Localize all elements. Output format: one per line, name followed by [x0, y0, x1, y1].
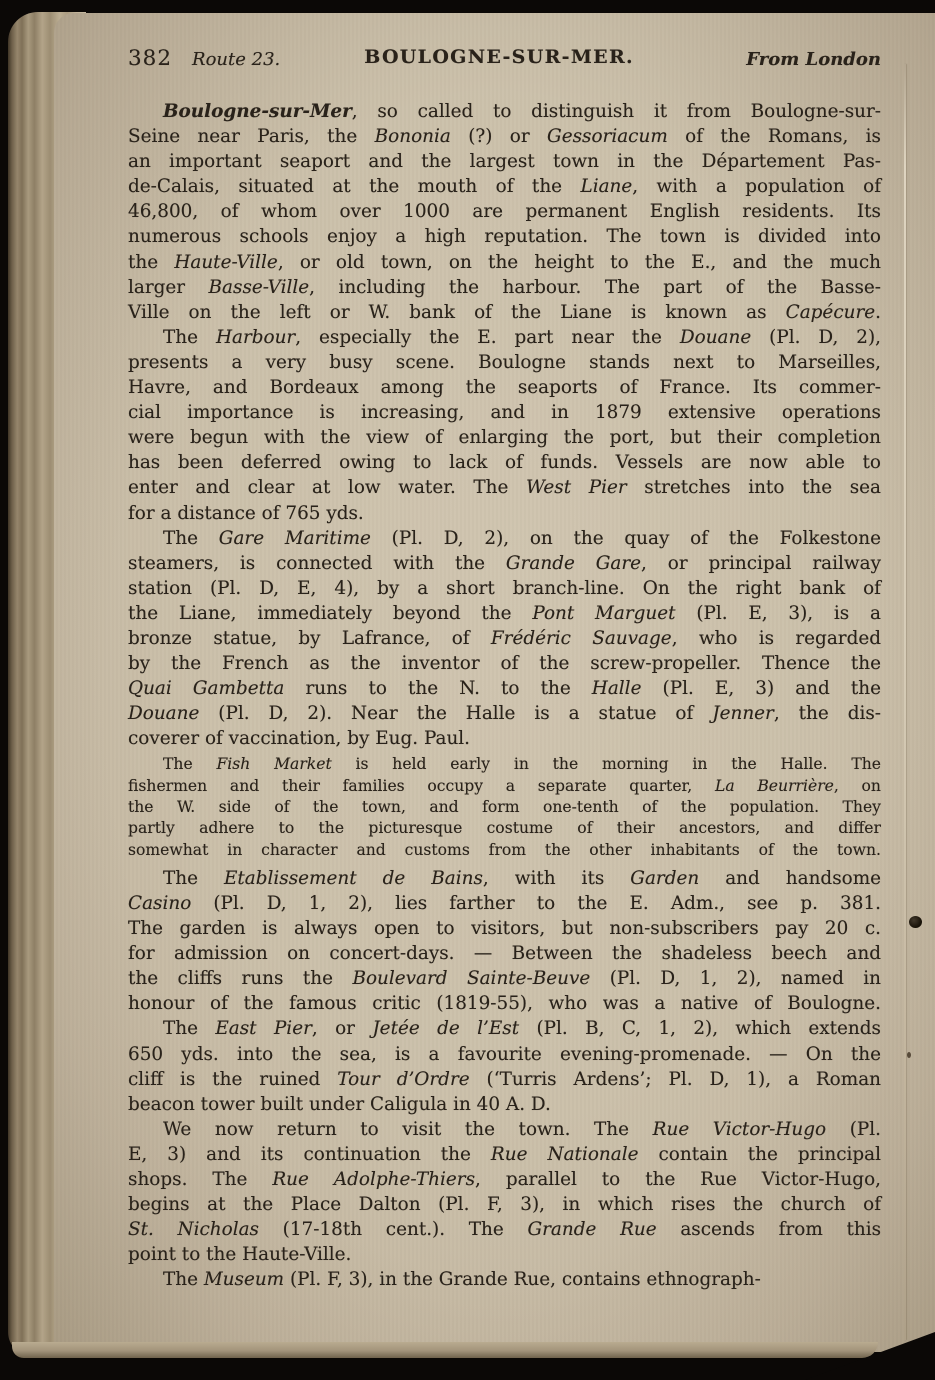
text: the Liane, immediately beyond the — [128, 603, 532, 624]
text: point to the Haute-Ville. — [128, 1244, 351, 1265]
paragraph: The Harbour, especially the E. part near… — [128, 325, 881, 526]
text: begins at the Place Dalton (Pl. F, 3), i… — [128, 1194, 881, 1215]
text: , especially the E. part near the — [295, 327, 680, 348]
text: . — [875, 302, 881, 323]
text: , or — [312, 1018, 372, 1039]
text: , with a population of — [632, 176, 881, 197]
text: ascends from this — [657, 1219, 881, 1240]
text-line: by the French as the inventor of the scr… — [128, 651, 881, 676]
italic-text: Jetée de l’Est — [372, 1018, 519, 1039]
text: 46,800, of whom over 1000 are permanent … — [128, 201, 881, 222]
text: the cliffs runs the — [128, 968, 352, 989]
text: partly adhere to the picturesque costume… — [128, 819, 881, 837]
text-line: the Liane, immediately beyond the Pont M… — [128, 601, 881, 626]
text: of the Romans, is — [668, 126, 881, 147]
text-line: the W. side of the town, and form one-te… — [128, 797, 881, 818]
text: (‘Turris Ardens’; Pl. D, 1), a Roman — [470, 1069, 881, 1090]
text: stretches into the sea — [627, 477, 881, 498]
text: (Pl. B, C, 1, 2), which extends — [519, 1018, 881, 1039]
text: The — [163, 1018, 215, 1039]
text: presents a very busy scene. Boulogne sta… — [128, 352, 881, 373]
text: by the French as the inventor of the scr… — [128, 653, 881, 674]
text: The — [163, 327, 216, 348]
text: for a distance of 765 yds. — [128, 503, 364, 524]
text-line: The garden is always open to visitors, b… — [128, 916, 881, 941]
text-line: fishermen and their families occupy a se… — [128, 776, 881, 797]
italic-text: Harbour — [216, 327, 295, 348]
italic-text: Basse-Ville — [209, 277, 310, 298]
text: the W. side of the town, and form one-te… — [128, 798, 881, 816]
text-line: The Etablissement de Bains, with its Gar… — [128, 866, 881, 891]
italic-text: Gessoriacum — [547, 126, 668, 147]
text: shops. The — [128, 1169, 272, 1190]
italic-text: Capécure — [786, 302, 876, 323]
paragraph: The Museum (Pl. F, 3), in the Grande Rue… — [128, 1267, 881, 1292]
text-line: shops. The Rue Adolphe-Thiers, parallel … — [128, 1167, 881, 1192]
text: , or old town, on the height to the E., … — [278, 252, 881, 273]
text: The garden is always open to visitors, b… — [128, 918, 881, 939]
text: We now return to visit the town. The — [163, 1119, 653, 1140]
text-line: for admission on concert-days. — Between… — [128, 941, 881, 966]
text-line: an important seaport and the largest tow… — [128, 149, 881, 174]
text: numerous schools enjoy a high reputation… — [128, 226, 881, 247]
text: Ville on the left or W. bank of the Lian… — [128, 302, 786, 323]
italic-text: Quai Gambetta — [128, 678, 284, 699]
text: an important seaport and the largest tow… — [128, 151, 881, 172]
page-number: 382 — [128, 46, 172, 71]
scanned-book-photo: { "colors": { "paper": "#cbc0aa", "ink":… — [0, 0, 935, 1380]
text-line: coverer of vaccination, by Eug. Paul. — [128, 726, 881, 751]
text-line: were begun with the view of enlarging th… — [128, 425, 881, 450]
text: cliff is the ruined — [128, 1069, 337, 1090]
text-line: We now return to visit the town. The Rue… — [128, 1117, 881, 1142]
text-line: Casino (Pl. D, 1, 2), lies farther to th… — [128, 891, 881, 916]
italic-text: West Pier — [526, 477, 627, 498]
italic-text: Gare Maritime — [219, 528, 371, 549]
italic-text: Pont Marguet — [532, 603, 675, 624]
text: for admission on concert-days. — Between… — [128, 943, 881, 964]
text: (Pl. D, 2), on the quay of the Folkeston… — [371, 528, 881, 549]
text-line: The East Pier, or Jetée de l’Est (Pl. B,… — [128, 1016, 881, 1041]
page-body-text: Boulogne-sur-Mer, so called to distingui… — [128, 99, 881, 1293]
text-line: enter and clear at low water. The West P… — [128, 475, 881, 500]
text: (Pl. D, 2). Near the Halle is a statue o… — [199, 703, 712, 724]
route-label: Route 23. — [192, 49, 280, 70]
italic-text: Grande Rue — [527, 1219, 656, 1240]
text: (Pl. D, 2), — [751, 327, 881, 348]
paragraph: The East Pier, or Jetée de l’Est (Pl. B,… — [128, 1016, 881, 1116]
text-line: beacon tower built under Caligula in 40 … — [128, 1092, 881, 1117]
text: is held early in the morning in the Hall… — [332, 755, 881, 773]
text-line: steamers, is connected with the Grande G… — [128, 551, 881, 576]
text-line: The Harbour, especially the E. part near… — [128, 325, 881, 350]
text-line: Ville on the left or W. bank of the Lian… — [128, 300, 881, 325]
italic-text: East Pier — [215, 1018, 312, 1039]
text-line: 46,800, of whom over 1000 are permanent … — [128, 199, 881, 224]
text: fishermen and their families occupy a se… — [128, 777, 715, 795]
italic-text: Douane — [128, 703, 199, 724]
text: (17-18th cent.). The — [259, 1219, 527, 1240]
text: The — [163, 528, 219, 549]
paragraph: The Gare Maritime (Pl. D, 2), on the qua… — [128, 526, 881, 752]
text: Havre, and Bordeaux among the seaports o… — [128, 377, 881, 398]
paragraph: Boulogne-sur-Mer, so called to distingui… — [128, 99, 881, 325]
printed-text-block: 382 Route 23. BOULOGNE-SUR-MER. From Lon… — [128, 46, 881, 1293]
text: bronze statue, by Lafrance, of — [128, 628, 491, 649]
italic-text: Rue Nationale — [491, 1144, 639, 1165]
text-line: larger Basse-Ville, including the harbou… — [128, 275, 881, 300]
text-line: honour of the famous critic (1819-55), w… — [128, 991, 881, 1016]
text: the — [128, 252, 174, 273]
text: has been deferred owing to lack of funds… — [128, 452, 881, 473]
text: and handsome — [699, 868, 881, 889]
italic-text: St. Nicholas — [128, 1219, 259, 1240]
italic-text: Rue Victor-Hugo — [653, 1119, 827, 1140]
italic-text: Grande Gare — [506, 553, 641, 574]
text: contain the principal — [638, 1144, 881, 1165]
text-line: Quai Gambetta runs to the N. to the Hall… — [128, 676, 881, 701]
italic-text: Tour d’Ordre — [337, 1069, 469, 1090]
text-line: somewhat in character and customs from t… — [128, 840, 881, 861]
text: de-Calais, situated at the mouth of the — [128, 176, 580, 197]
text-line: station (Pl. D, E, 4), by a short branch… — [128, 576, 881, 601]
italic-text: Garden — [630, 868, 699, 889]
text-line: the cliffs runs the Boulevard Sainte-Beu… — [128, 966, 881, 991]
text: somewhat in character and customs from t… — [128, 841, 881, 859]
italic-text: Museum — [204, 1269, 284, 1290]
text: The — [163, 1269, 204, 1290]
italic-text: Rue Adolphe-Thiers — [272, 1169, 475, 1190]
text-line: The Gare Maritime (Pl. D, 2), on the qua… — [128, 526, 881, 551]
text: beacon tower built under Caligula in 40 … — [128, 1094, 551, 1115]
text: , the dis- — [774, 703, 881, 724]
text: coverer of vaccination, by Eug. Paul. — [128, 728, 470, 749]
text: were begun with the view of enlarging th… — [128, 427, 881, 448]
book-page-edges-bottom — [12, 1342, 878, 1358]
text: (?) or — [451, 126, 547, 147]
text-line: St. Nicholas (17-18th cent.). The Grande… — [128, 1217, 881, 1242]
italic-text: Frédéric Sauvage — [491, 628, 672, 649]
text: , parallel to the Rue Victor-Hugo, — [475, 1169, 881, 1190]
italic-text: Haute-Ville — [174, 252, 277, 273]
text-line: de-Calais, situated at the mouth of the … — [128, 174, 881, 199]
text: , so called to distinguish it from Boulo… — [352, 101, 881, 122]
text: , on — [834, 777, 881, 795]
italic-text: Douane — [680, 327, 751, 348]
text-line: has been deferred owing to lack of funds… — [128, 450, 881, 475]
italic-text: Fish Market — [216, 755, 331, 773]
italic-text: Bononia — [375, 126, 451, 147]
italic-text: La Beurrière — [715, 777, 834, 795]
text-line: cial importance is increasing, and in 18… — [128, 400, 881, 425]
italic-text: Liane — [580, 176, 632, 197]
ink-blot-mark — [909, 916, 922, 928]
page-crease-line — [904, 64, 906, 1340]
text: , who is regarded — [672, 628, 881, 649]
text-line: partly adhere to the picturesque costume… — [128, 818, 881, 839]
paragraph: The Etablissement de Bains, with its Gar… — [128, 866, 881, 1017]
paragraph: We now return to visit the town. The Rue… — [128, 1117, 881, 1268]
text-line: point to the Haute-Ville. — [128, 1242, 881, 1267]
text: larger — [128, 277, 209, 298]
text: enter and clear at low water. The — [128, 477, 526, 498]
text: (Pl. D, 1, 2), lies farther to the E. Ad… — [191, 893, 881, 914]
paper-speck — [907, 1052, 911, 1058]
text-line: numerous schools enjoy a high reputation… — [128, 224, 881, 249]
text-line: begins at the Place Dalton (Pl. F, 3), i… — [128, 1192, 881, 1217]
text-line: Boulogne-sur-Mer, so called to distingui… — [128, 99, 881, 124]
page-title: BOULOGNE-SUR-MER. — [364, 46, 634, 68]
text: runs to the N. to the — [284, 678, 591, 699]
text-line: Douane (Pl. D, 2). Near the Halle is a s… — [128, 701, 881, 726]
text-line: bronze statue, by Lafrance, of Frédéric … — [128, 626, 881, 651]
text: , including the harbour. The part of the… — [309, 277, 881, 298]
italic-text: Halle — [592, 678, 642, 699]
text: 650 yds. into the sea, is a favourite ev… — [128, 1044, 881, 1065]
text-line: 650 yds. into the sea, is a favourite ev… — [128, 1042, 881, 1067]
text-line: The Museum (Pl. F, 3), in the Grande Rue… — [128, 1267, 881, 1292]
text-line: Havre, and Bordeaux among the seaports o… — [128, 375, 881, 400]
text: (Pl. — [826, 1119, 881, 1140]
text-line: presents a very busy scene. Boulogne sta… — [128, 350, 881, 375]
text: station (Pl. D, E, 4), by a short branch… — [128, 578, 881, 599]
text-line: The Fish Market is held early in the mor… — [128, 754, 881, 775]
text: steamers, is connected with the — [128, 553, 506, 574]
text: (Pl. E, 3) and the — [641, 678, 881, 699]
italic-text: Boulevard Sainte-Beuve — [352, 968, 590, 989]
text: honour of the famous critic (1819-55), w… — [128, 993, 881, 1014]
text: , or principal railway — [641, 553, 881, 574]
text: The — [163, 755, 216, 773]
text-line: E, 3) and its continuation the Rue Natio… — [128, 1142, 881, 1167]
italic-text: Etablissement de Bains — [224, 868, 483, 889]
italic-text: Boulogne-sur-Mer — [163, 101, 352, 122]
text: (Pl. E, 3), is a — [676, 603, 881, 624]
text: Seine near Paris, the — [128, 126, 375, 147]
text: , with its — [483, 868, 630, 889]
text-line: the Haute-Ville, or old town, on the hei… — [128, 250, 881, 275]
text-line: Seine near Paris, the Bononia (?) or Ges… — [128, 124, 881, 149]
italic-text: Jenner — [712, 703, 774, 724]
text: The — [163, 868, 224, 889]
text-line: cliff is the ruined Tour d’Ordre (‘Turri… — [128, 1067, 881, 1092]
italic-text: Casino — [128, 893, 191, 914]
text: cial importance is increasing, and in 18… — [128, 402, 881, 423]
text: (Pl. F, 3), in the Grande Rue, contains … — [284, 1269, 761, 1290]
text: (Pl. D, 1, 2), named in — [590, 968, 881, 989]
text-line: for a distance of 765 yds. — [128, 501, 881, 526]
text: E, 3) and its continuation the — [128, 1144, 491, 1165]
running-head-note: From London — [746, 49, 881, 70]
page-header: 382 Route 23. BOULOGNE-SUR-MER. From Lon… — [128, 46, 881, 73]
paragraph: The Fish Market is held early in the mor… — [128, 754, 881, 860]
